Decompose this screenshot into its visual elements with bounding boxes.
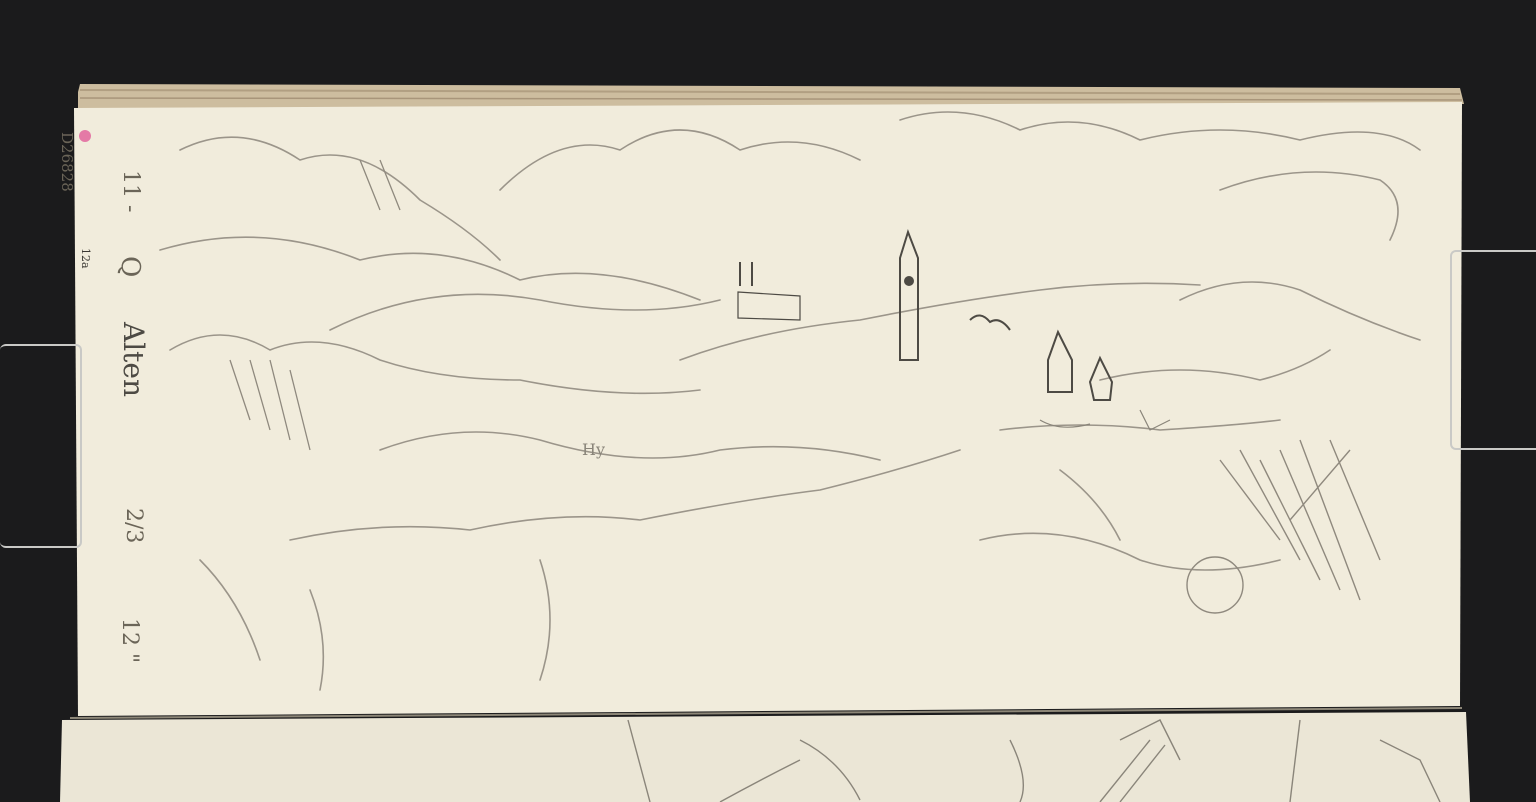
fraction-note: 2/3	[121, 508, 146, 543]
note-mark-2: Q	[115, 256, 145, 277]
page-clip-left	[0, 344, 82, 548]
catalogue-number: D26828	[58, 132, 76, 192]
note-mark-1: 11 -	[118, 170, 143, 212]
title-note: Alten	[117, 322, 150, 397]
sketchbook-page-lower	[60, 712, 1470, 802]
page-number: 12a	[79, 248, 92, 269]
pink-catalogue-mark	[79, 130, 91, 142]
bottom-note: 12 "	[117, 618, 142, 663]
sketch-inscription: Hy	[582, 440, 605, 459]
page-clip-right	[1450, 250, 1536, 450]
sketchbook-photo: D26828 12a 11 - Q Alten 2/3 12 " Hy	[0, 0, 1536, 802]
sketchbook-drawing	[0, 0, 1536, 802]
